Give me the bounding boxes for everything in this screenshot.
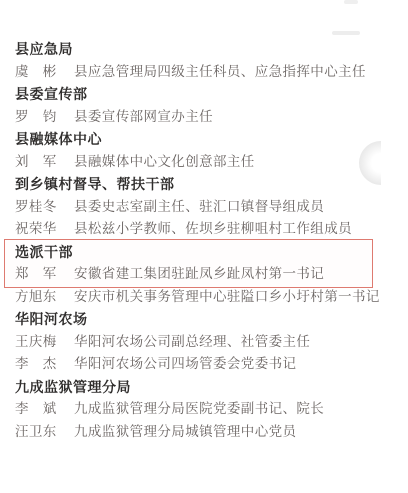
member-name: 李 斌 bbox=[15, 398, 61, 421]
member-name: 刘 军 bbox=[15, 151, 61, 174]
member-title: 县委史志室副主任、驻汇口镇督导组成员 bbox=[74, 199, 324, 214]
member-row: 罗桂冬县委史志室副主任、驻汇口镇督导组成员 bbox=[15, 196, 398, 219]
member-name: 罗桂冬 bbox=[15, 196, 61, 219]
member-title: 九成监狱管理分局医院党委副书记、院长 bbox=[74, 401, 324, 416]
member-title: 县委宣传部网宣办主任 bbox=[74, 109, 213, 124]
section-header: 九成监狱管理分局 bbox=[15, 376, 398, 399]
section-header: 县应急局 bbox=[15, 38, 398, 61]
member-name: 汪卫东 bbox=[15, 421, 61, 444]
member-row: 李 斌九成监狱管理分局医院党委副书记、院长 bbox=[15, 398, 398, 421]
member-title: 县松兹小学教师、佐坝乡驻柳咀村工作组成员 bbox=[74, 221, 352, 236]
section-header: 到乡镇村督导、帮扶干部 bbox=[15, 173, 398, 196]
scan-artifact bbox=[344, 0, 358, 4]
section-header: 华阳河农场 bbox=[15, 308, 398, 331]
member-row: 罗 钧县委宣传部网宣办主任 bbox=[15, 106, 398, 129]
member-title: 九成监狱管理分局城镇管理中心党员 bbox=[74, 424, 296, 439]
section-header: 选派干部 bbox=[15, 241, 372, 264]
member-row: 李 杰华阳河农场公司四场管委会党委书记 bbox=[15, 353, 398, 376]
member-row: 方旭东安庆市机关事务管理中心驻隘口乡小圩村第一书记 bbox=[15, 286, 398, 309]
member-title: 华阳河农场公司四场管委会党委书记 bbox=[74, 356, 296, 371]
member-title: 县应急管理局四级主任科员、应急指挥中心主任 bbox=[74, 64, 366, 79]
member-title: 安庆市机关事务管理中心驻隘口乡小圩村第一书记 bbox=[74, 289, 380, 304]
member-row: 虞 彬县应急管理局四级主任科员、应急指挥中心主任 bbox=[15, 61, 398, 84]
member-title: 县融媒体中心文化创意部主任 bbox=[74, 154, 255, 169]
section-header: 县委宣传部 bbox=[15, 83, 398, 106]
member-row: 刘 军县融媒体中心文化创意部主任 bbox=[15, 151, 398, 174]
document-page: 县应急局 虞 彬县应急管理局四级主任科员、应急指挥中心主任 县委宣传部 罗 钧县… bbox=[0, 0, 408, 493]
member-row: 汪卫东九成监狱管理分局城镇管理中心党员 bbox=[15, 421, 398, 444]
member-row: 王庆梅华阳河农场公司副总经理、社管委主任 bbox=[15, 331, 398, 354]
member-row-highlighted: 郑 军安徽省建工集团驻趾凤乡趾凤村第一书记 bbox=[15, 263, 372, 286]
member-name: 李 杰 bbox=[15, 353, 61, 376]
member-title: 华阳河农场公司副总经理、社管委主任 bbox=[74, 334, 310, 349]
member-title: 安徽省建工集团驻趾凤乡趾凤村第一书记 bbox=[74, 266, 324, 281]
member-name: 方旭东 bbox=[15, 286, 61, 309]
scan-artifact bbox=[332, 31, 360, 35]
member-name: 罗 钧 bbox=[15, 106, 61, 129]
member-name: 虞 彬 bbox=[15, 61, 61, 84]
roster-list: 县应急局 虞 彬县应急管理局四级主任科员、应急指挥中心主任 县委宣传部 罗 钧县… bbox=[15, 38, 398, 443]
member-name: 郑 军 bbox=[15, 263, 61, 286]
member-name: 祝荣华 bbox=[15, 218, 61, 241]
section-header: 县融媒体中心 bbox=[15, 128, 398, 151]
member-row: 祝荣华县松兹小学教师、佐坝乡驻柳咀村工作组成员 bbox=[15, 218, 398, 241]
highlight-box: 选派干部 郑 军安徽省建工集团驻趾凤乡趾凤村第一书记 bbox=[4, 239, 373, 288]
member-name: 王庆梅 bbox=[15, 331, 61, 354]
